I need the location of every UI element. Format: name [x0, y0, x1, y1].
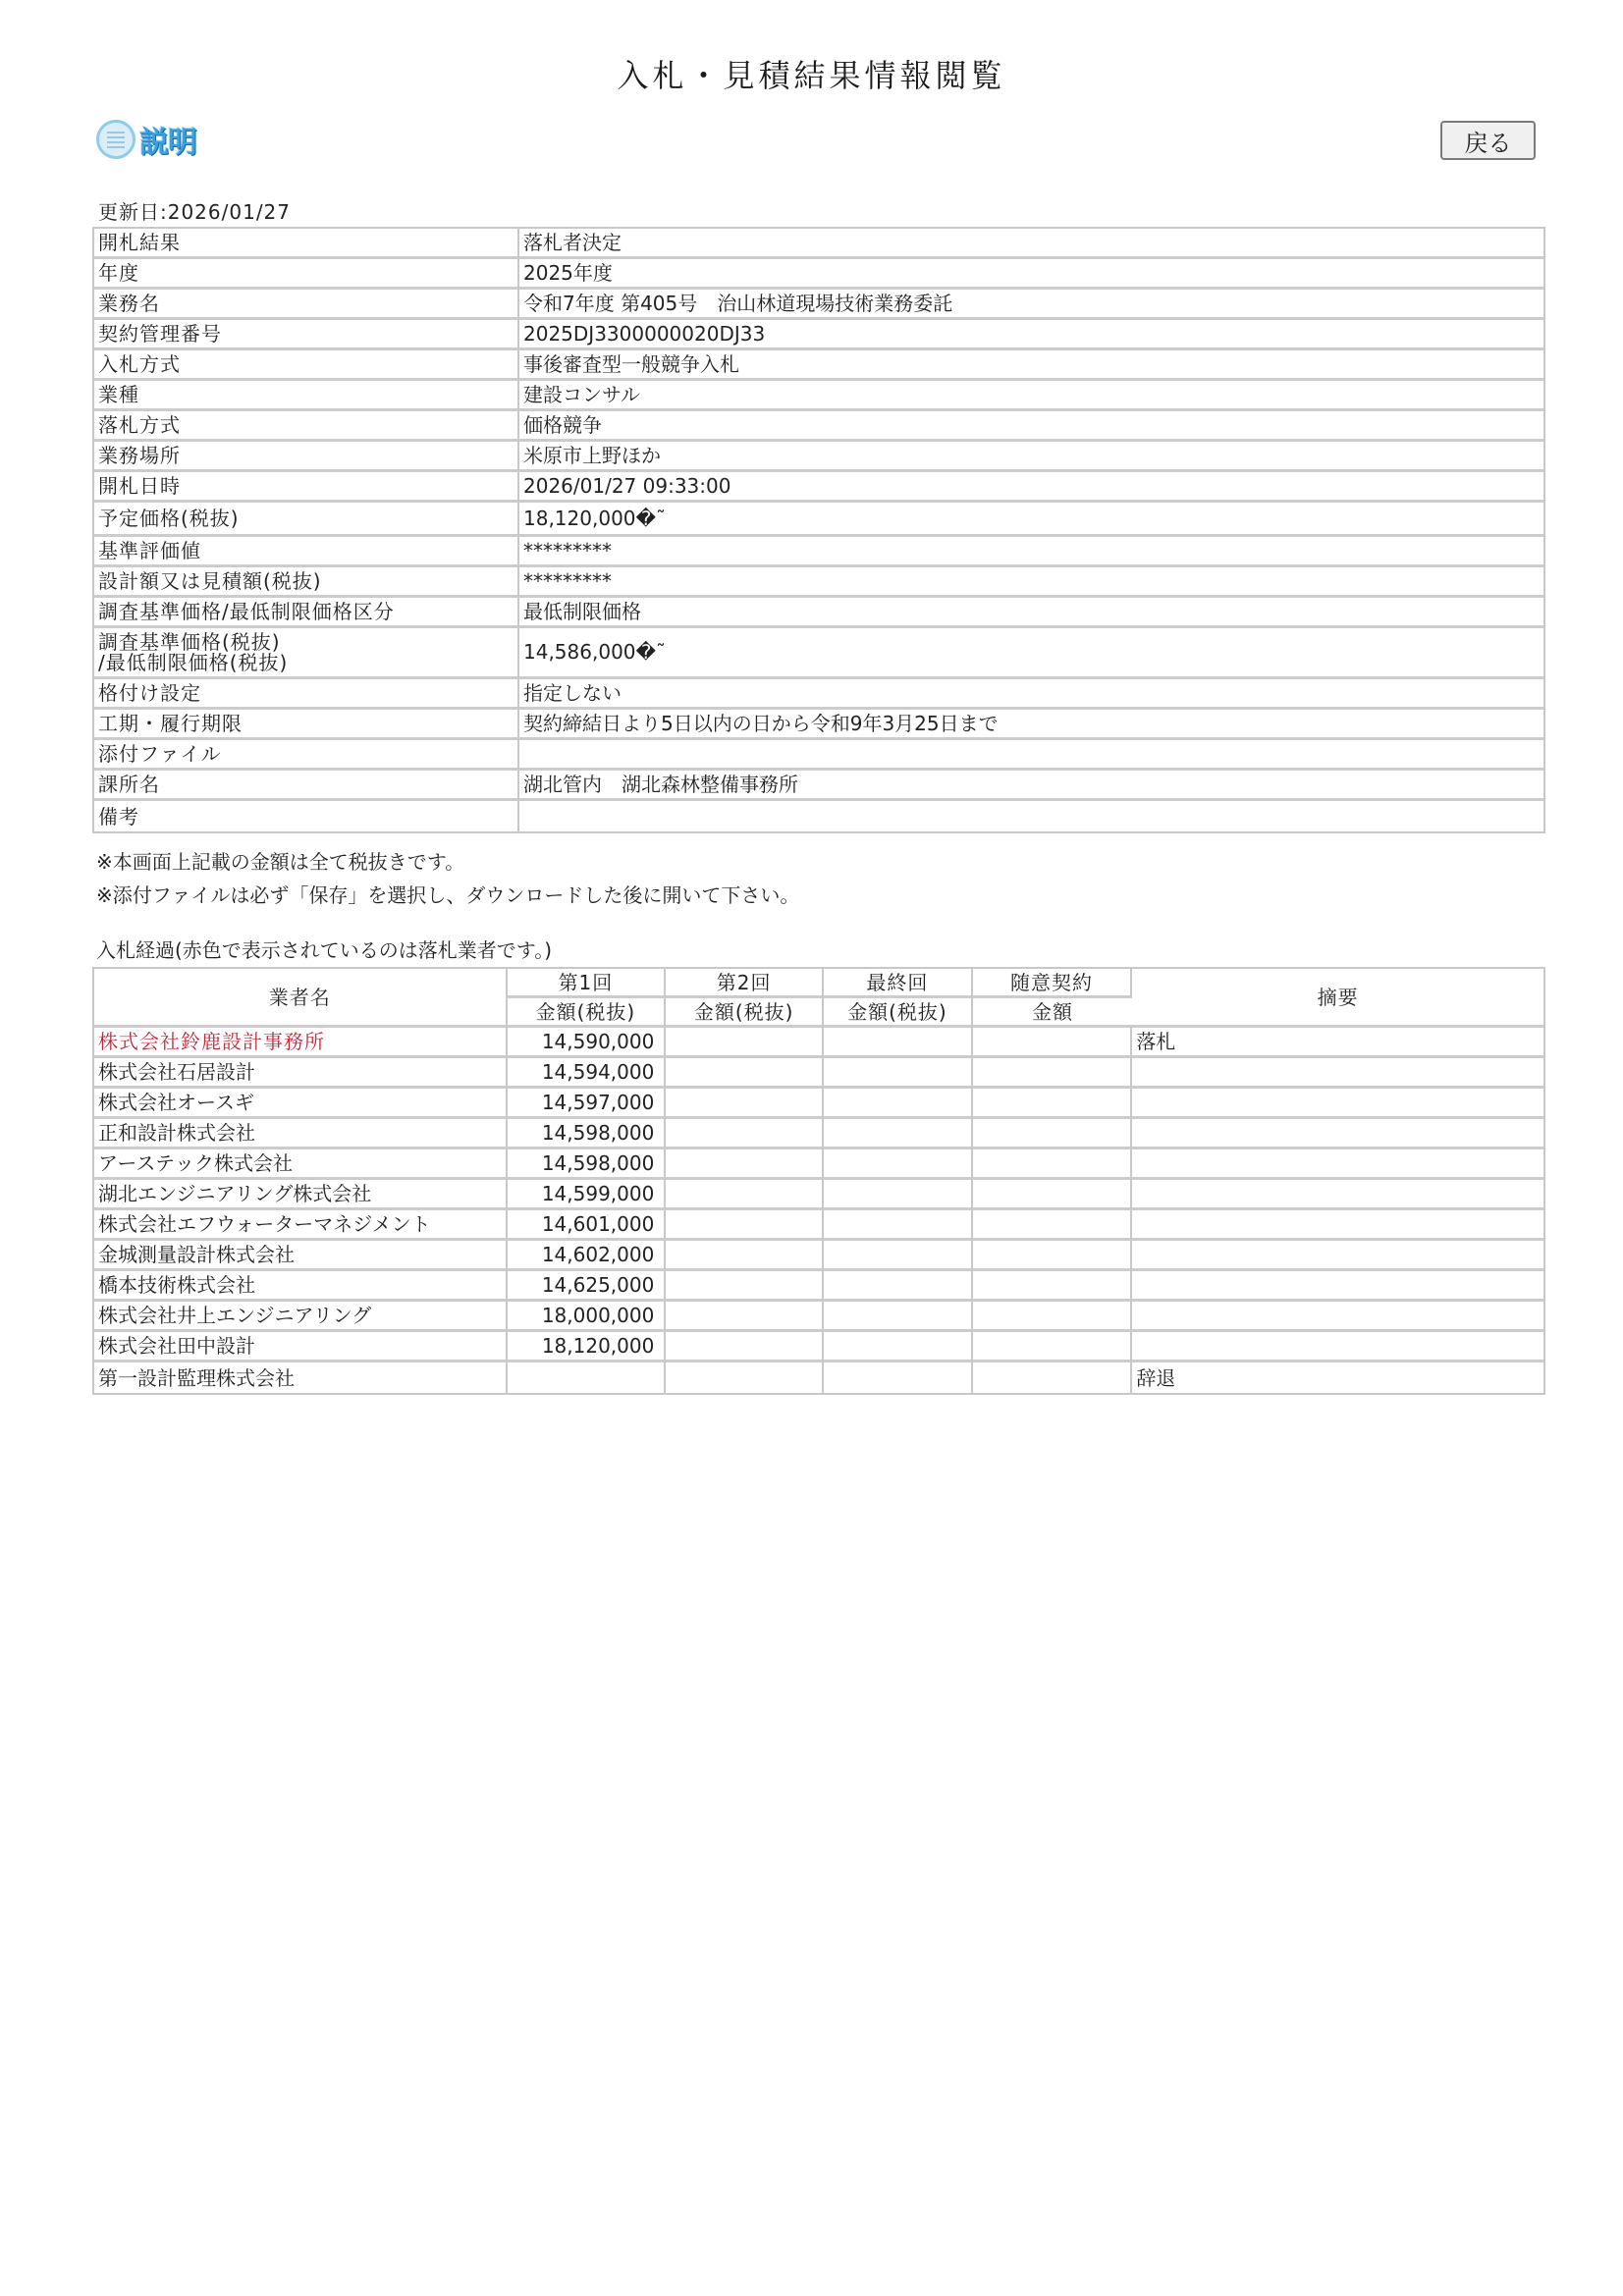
round2-amount: [666, 1210, 824, 1241]
info-label: 予定価格(税抜): [94, 503, 519, 537]
bidder-name: 株式会社井上エンジニアリング: [94, 1302, 508, 1332]
final-amount: [824, 1058, 973, 1089]
attachment-note: ※添付ファイルは必ず「保存」を選択し、ダウンロードした後に開いて下さい。: [96, 880, 799, 908]
info-value: 湖北管内 湖北森林整備事務所: [519, 771, 1543, 801]
info-row: 落札方式価格競争: [94, 411, 1543, 442]
bid-row: 株式会社エフウォーターマネジメント14,601,000: [94, 1210, 1543, 1241]
info-label: 契約管理番号: [94, 320, 519, 350]
info-value: 価格競争: [519, 411, 1543, 442]
bid-row: 橋本技術株式会社14,625,000: [94, 1271, 1543, 1302]
bid-row: 株式会社田中設計18,120,000: [94, 1332, 1543, 1362]
info-label: 業務名: [94, 290, 519, 320]
info-value: 事後審査型一般競争入札: [519, 350, 1543, 381]
header-negotiated-amount: 金額: [973, 998, 1133, 1028]
info-value: 米原市上野ほか: [519, 442, 1543, 472]
bid-row: 株式会社井上エンジニアリング18,000,000: [94, 1302, 1543, 1332]
negotiated-amount: [973, 1180, 1133, 1210]
round2-amount: [666, 1302, 824, 1332]
round2-amount: [666, 1180, 824, 1210]
info-value: 2025DJ3300000020DJ33: [519, 320, 1543, 350]
page-title: 入札・見積結果情報閲覧: [0, 51, 1623, 96]
info-label: 開札日時: [94, 472, 519, 503]
info-row: 備考: [94, 801, 1543, 831]
round2-amount: [666, 1332, 824, 1362]
bidder-name: 株式会社田中設計: [94, 1332, 508, 1362]
help-label: 説明: [139, 118, 196, 161]
help-link[interactable]: 説明: [96, 118, 196, 161]
info-label: 設計額又は見積額(税抜): [94, 567, 519, 598]
negotiated-amount: [973, 1362, 1133, 1393]
info-label: 工期・履行期限: [94, 710, 519, 740]
summary: 辞退: [1132, 1362, 1543, 1393]
negotiated-amount: [973, 1210, 1133, 1241]
info-label: 業務場所: [94, 442, 519, 472]
info-value: [519, 801, 1543, 831]
attachment-value: [519, 740, 1543, 771]
info-value: 落札者決定: [519, 229, 1543, 259]
updated-date: 更新日:2026/01/27: [98, 196, 291, 225]
bid-history-label: 入札経過(赤色で表示されているのは落札業者です。): [96, 934, 552, 963]
info-row: 業務場所米原市上野ほか: [94, 442, 1543, 472]
info-row: 添付ファイル: [94, 740, 1543, 771]
info-label: 格付け設定: [94, 679, 519, 710]
summary: [1132, 1119, 1543, 1149]
bidder-name: 株式会社エフウォーターマネジメント: [94, 1210, 508, 1241]
final-amount: [824, 1119, 973, 1149]
info-label: 備考: [94, 801, 519, 831]
bid-row: 株式会社オースギ14,597,000: [94, 1089, 1543, 1119]
round2-amount: [666, 1362, 824, 1393]
round1-amount: 14,594,000: [508, 1058, 667, 1089]
bidder-name: 第一設計監理株式会社: [94, 1362, 508, 1393]
round1-amount: 14,597,000: [508, 1089, 667, 1119]
info-label: 入札方式: [94, 350, 519, 381]
negotiated-amount: [973, 1241, 1133, 1271]
round2-amount: [666, 1089, 824, 1119]
info-row: 予定価格(税抜)18,120,000�˜: [94, 503, 1543, 537]
bidder-name: 株式会社鈴鹿設計事務所: [94, 1028, 508, 1058]
summary: [1132, 1149, 1543, 1180]
bid-history-table: 業者名 第1回 第2回 最終回 随意契約 摘要 金額(税抜) 金額(税抜) 金額…: [92, 967, 1545, 1395]
final-amount: [824, 1180, 973, 1210]
bid-row: 株式会社石居設計14,594,000: [94, 1058, 1543, 1089]
header-round2-amount: 金額(税抜): [666, 998, 824, 1028]
header-round1: 第1回: [508, 969, 667, 998]
bid-row-winner: 株式会社鈴鹿設計事務所14,590,000落札: [94, 1028, 1543, 1058]
round1-amount: 14,598,000: [508, 1149, 667, 1180]
final-amount: [824, 1241, 973, 1271]
round1-amount: 14,602,000: [508, 1241, 667, 1271]
header-negotiated: 随意契約: [973, 969, 1133, 998]
negotiated-amount: [973, 1271, 1133, 1302]
document-icon: [96, 120, 135, 159]
info-row: 業種建設コンサル: [94, 381, 1543, 411]
summary: [1132, 1210, 1543, 1241]
info-row: 調査基準価格(税抜) /最低制限価格(税抜) 14,586,000�˜: [94, 628, 1543, 679]
bid-row: アーステック株式会社14,598,000: [94, 1149, 1543, 1180]
round2-amount: [666, 1271, 824, 1302]
bid-row: 湖北エンジニアリング株式会社14,599,000: [94, 1180, 1543, 1210]
negotiated-amount: [973, 1302, 1133, 1332]
round1-amount: 14,625,000: [508, 1271, 667, 1302]
final-amount: [824, 1362, 973, 1393]
summary: [1132, 1058, 1543, 1089]
tax-note: ※本画面上記載の金額は全て税抜きです。: [96, 846, 464, 875]
final-amount: [824, 1210, 973, 1241]
info-row: 開札結果落札者決定: [94, 229, 1543, 259]
info-label-line1: 調査基準価格(税抜): [98, 632, 514, 653]
info-label: 調査基準価格/最低制限価格区分: [94, 598, 519, 628]
info-row: 入札方式事後審査型一般競争入札: [94, 350, 1543, 381]
info-label: 開札結果: [94, 229, 519, 259]
summary: [1132, 1180, 1543, 1210]
round2-amount: [666, 1028, 824, 1058]
round2-amount: [666, 1119, 824, 1149]
negotiated-amount: [973, 1149, 1133, 1180]
final-amount: [824, 1028, 973, 1058]
header-round2: 第2回: [666, 969, 824, 998]
info-row: 基準評価値*********: [94, 537, 1543, 567]
round1-amount: 18,120,000: [508, 1332, 667, 1362]
summary: [1132, 1302, 1543, 1332]
summary: [1132, 1089, 1543, 1119]
final-amount: [824, 1332, 973, 1362]
negotiated-amount: [973, 1028, 1133, 1058]
back-button[interactable]: 戻る: [1440, 121, 1536, 160]
bid-row: 正和設計株式会社14,598,000: [94, 1119, 1543, 1149]
round2-amount: [666, 1241, 824, 1271]
info-row: 開札日時2026/01/27 09:33:00: [94, 472, 1543, 503]
info-value: 2026/01/27 09:33:00: [519, 472, 1543, 503]
bid-info-table: 開札結果落札者決定 年度2025年度 業務名令和7年度 第405号 治山林道現場…: [92, 227, 1545, 833]
bidder-name: 株式会社オースギ: [94, 1089, 508, 1119]
info-value: *********: [519, 567, 1543, 598]
negotiated-amount: [973, 1058, 1133, 1089]
round1-amount: 14,598,000: [508, 1119, 667, 1149]
final-amount: [824, 1149, 973, 1180]
bidder-name: 湖北エンジニアリング株式会社: [94, 1180, 508, 1210]
bidder-name: 金城測量設計株式会社: [94, 1241, 508, 1271]
info-row: 調査基準価格/最低制限価格区分最低制限価格: [94, 598, 1543, 628]
summary: [1132, 1241, 1543, 1271]
round1-amount: 14,590,000: [508, 1028, 667, 1058]
summary: 落札: [1132, 1028, 1543, 1058]
round2-amount: [666, 1058, 824, 1089]
header-summary: 摘要: [1132, 969, 1543, 1028]
info-label: 業種: [94, 381, 519, 411]
info-label: 添付ファイル: [94, 740, 519, 771]
info-label: 課所名: [94, 771, 519, 801]
info-label: 年度: [94, 259, 519, 290]
info-row: 年度2025年度: [94, 259, 1543, 290]
info-value: 18,120,000�˜: [519, 503, 1543, 537]
info-value: 建設コンサル: [519, 381, 1543, 411]
bid-row: 金城測量設計株式会社14,602,000: [94, 1241, 1543, 1271]
header-final-amount: 金額(税抜): [824, 998, 973, 1028]
negotiated-amount: [973, 1089, 1133, 1119]
round1-amount: 14,599,000: [508, 1180, 667, 1210]
info-value: *********: [519, 537, 1543, 567]
info-label: 調査基準価格(税抜) /最低制限価格(税抜): [94, 628, 519, 679]
header-bidder-name: 業者名: [94, 969, 508, 1028]
info-row: 課所名湖北管内 湖北森林整備事務所: [94, 771, 1543, 801]
final-amount: [824, 1271, 973, 1302]
round1-amount: [508, 1362, 667, 1393]
header-round1-amount: 金額(税抜): [508, 998, 667, 1028]
info-value: 指定しない: [519, 679, 1543, 710]
summary: [1132, 1271, 1543, 1302]
info-label: 基準評価値: [94, 537, 519, 567]
round1-amount: 18,000,000: [508, 1302, 667, 1332]
info-value: 契約締結日より5日以内の日から令和9年3月25日まで: [519, 710, 1543, 740]
negotiated-amount: [973, 1119, 1133, 1149]
info-value: 2025年度: [519, 259, 1543, 290]
final-amount: [824, 1089, 973, 1119]
bidder-name: 株式会社石居設計: [94, 1058, 508, 1089]
bidder-name: 正和設計株式会社: [94, 1119, 508, 1149]
info-value: 14,586,000�˜: [519, 628, 1543, 679]
info-row: 工期・履行期限契約締結日より5日以内の日から令和9年3月25日まで: [94, 710, 1543, 740]
final-amount: [824, 1302, 973, 1332]
round1-amount: 14,601,000: [508, 1210, 667, 1241]
info-row: 設計額又は見積額(税抜)*********: [94, 567, 1543, 598]
bid-row: 第一設計監理株式会社辞退: [94, 1362, 1543, 1393]
info-value: 令和7年度 第405号 治山林道現場技術業務委託: [519, 290, 1543, 320]
info-label-line2: /最低制限価格(税抜): [98, 653, 514, 673]
info-row: 業務名令和7年度 第405号 治山林道現場技術業務委託: [94, 290, 1543, 320]
header-final-round: 最終回: [824, 969, 973, 998]
info-row: 契約管理番号2025DJ3300000020DJ33: [94, 320, 1543, 350]
round2-amount: [666, 1149, 824, 1180]
info-value: 最低制限価格: [519, 598, 1543, 628]
info-row: 格付け設定指定しない: [94, 679, 1543, 710]
bidder-name: 橋本技術株式会社: [94, 1271, 508, 1302]
summary: [1132, 1332, 1543, 1362]
bidder-name: アーステック株式会社: [94, 1149, 508, 1180]
info-label: 落札方式: [94, 411, 519, 442]
negotiated-amount: [973, 1332, 1133, 1362]
